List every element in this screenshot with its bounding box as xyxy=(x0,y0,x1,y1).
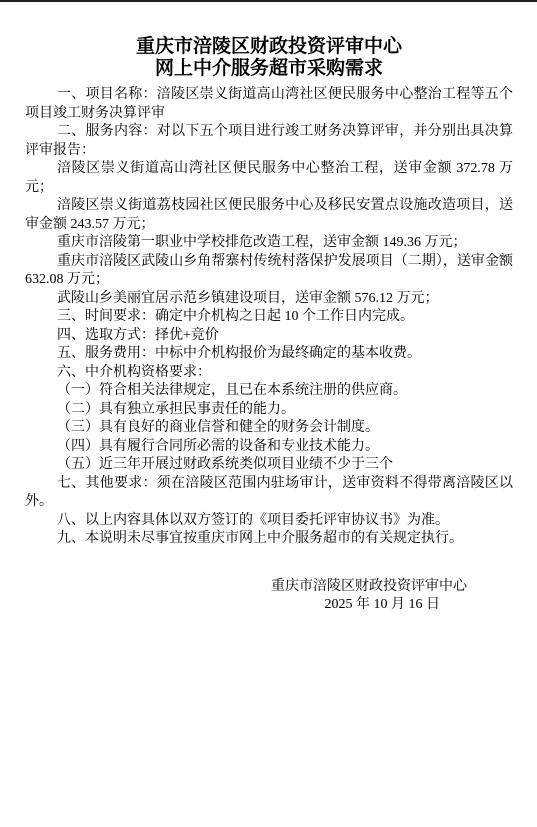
para-qualification-5: （五）近三年开展过财政系统类似项目业绩不少于三个 xyxy=(25,456,513,475)
para-project-item-3: 重庆市涪陵第一职业中学校排危改造工程，送审金额 149.36 万元； xyxy=(25,234,513,253)
document-title-line1: 重庆市涪陵区财政投资评审中心 xyxy=(25,36,513,58)
document-title-line2: 网上中介服务超市采购需求 xyxy=(25,58,513,80)
para-project-item-5: 武陵山乡美丽宜居示范乡镇建设项目，送审金额 576.12 万元； xyxy=(25,290,513,309)
signature-block: 重庆市涪陵区财政投资评审中心 2025 年 10 月 16 日 xyxy=(25,578,513,615)
para-qualification-4: （四）具有履行合同所必需的设备和专业技术能力。 xyxy=(25,438,513,457)
para-agreement-clause: 八、以上内容具体以双方签订的《项目委托评审协议书》为准。 xyxy=(25,512,513,531)
para-final-clause: 九、本说明未尽事宜按重庆市网上中介服务超市的有关规定执行。 xyxy=(25,530,513,549)
para-selection-method: 四、选取方式：择优+竞价 xyxy=(25,327,513,346)
signature-org: 重庆市涪陵区财政投资评审中心 xyxy=(25,578,513,597)
para-service-content: 二、服务内容：对以下五个项目进行竣工财务决算评审，并分别出具决算评审报告： xyxy=(25,123,513,160)
para-project-item-4: 重庆市涪陵区武陵山乡角帮寨村传统村落保护发展项目（二期），送审金额 632.08… xyxy=(25,253,513,290)
signature-date: 2025 年 10 月 16 日 xyxy=(25,596,513,615)
para-qualification-heading: 六、中介机构资格要求： xyxy=(25,364,513,383)
para-service-fee: 五、服务费用：中标中介机构报价为最终确定的基本收费。 xyxy=(25,345,513,364)
document-page: 重庆市涪陵区财政投资评审中心 网上中介服务超市采购需求 一、项目名称：涪陵区崇义… xyxy=(0,0,537,827)
para-qualification-1: （一）符合相关法律规定，且已在本系统注册的供应商。 xyxy=(25,382,513,401)
para-qualification-2: （二）具有独立承担民事责任的能力。 xyxy=(25,401,513,420)
para-other-requirements: 七、其他要求：须在涪陵区范围内驻场审计，送审资料不得带离涪陵区以外。 xyxy=(25,475,513,512)
para-project-name: 一、项目名称：涪陵区崇义街道高山湾社区便民服务中心整治工程等五个项目竣工财务决算… xyxy=(25,86,513,123)
para-project-item-1: 涪陵区崇义街道高山湾社区便民服务中心整治工程，送审金额 372.78 万元； xyxy=(25,160,513,197)
para-qualification-3: （三）具有良好的商业信誉和健全的财务会计制度。 xyxy=(25,419,513,438)
document-content: 重庆市涪陵区财政投资评审中心 网上中介服务超市采购需求 一、项目名称：涪陵区崇义… xyxy=(0,2,537,615)
para-time-requirement: 三、时间要求：确定中介机构之日起 10 个工作日内完成。 xyxy=(25,308,513,327)
para-project-item-2: 涪陵区崇义街道荔枝园社区便民服务中心及移民安置点设施改造项目，送审金额 243.… xyxy=(25,197,513,234)
